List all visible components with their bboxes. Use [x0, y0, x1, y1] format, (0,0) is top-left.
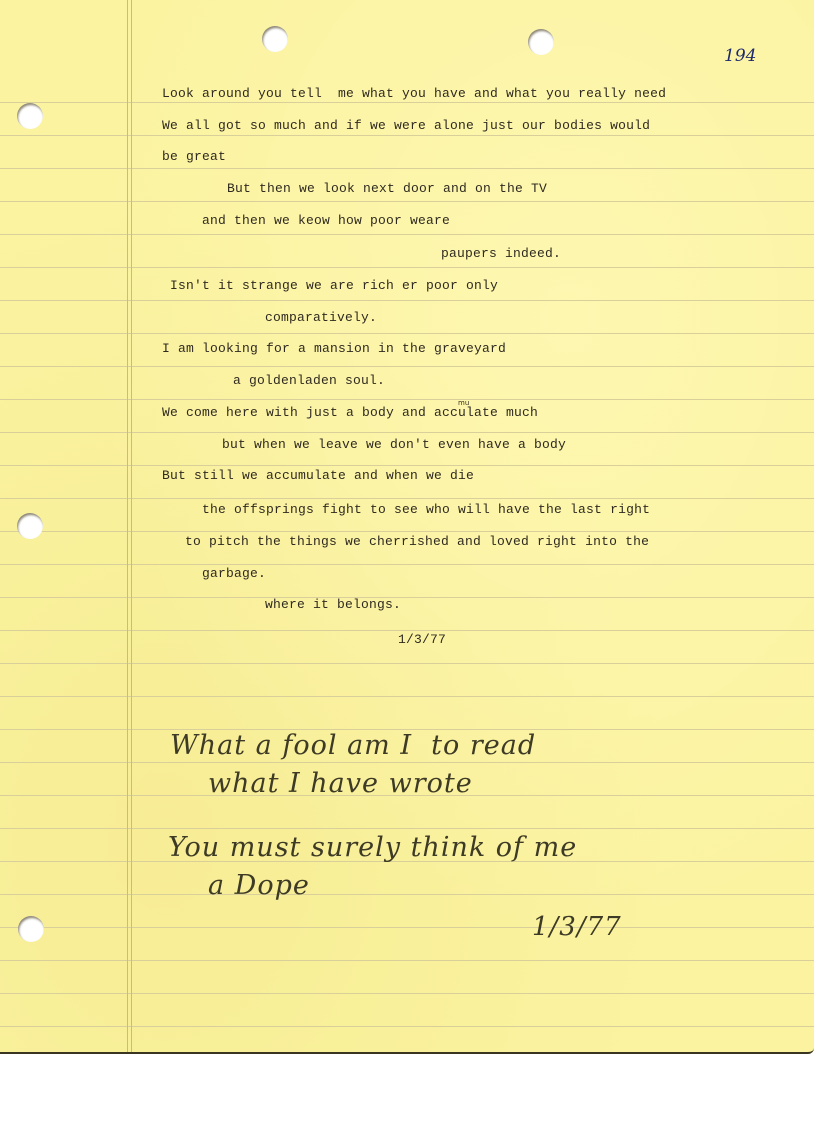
typed-line: a goldenladen soul. — [233, 373, 385, 388]
handwritten-line: What a fool am I to read — [170, 730, 536, 761]
handwritten-line: You must surely think of me — [168, 832, 577, 863]
ruled-line — [0, 465, 814, 466]
ruled-line — [0, 630, 814, 631]
ruled-line — [0, 168, 814, 169]
punch-hole-top-right — [528, 29, 554, 55]
handwritten-date: 1/3/77 — [532, 912, 622, 942]
ruled-line — [0, 531, 814, 532]
typed-line: Look around you tell me what you have an… — [162, 86, 666, 101]
ruled-line — [0, 828, 814, 829]
handwritten-line: a Dope — [208, 870, 310, 901]
ruled-line — [0, 762, 814, 763]
ruled-line — [0, 234, 814, 235]
typed-line: But still we accumulate and when we die — [162, 468, 474, 483]
margin-line-left — [127, 0, 128, 1052]
ruled-line — [0, 333, 814, 334]
ruled-line — [0, 135, 814, 136]
ruled-line — [0, 366, 814, 367]
ruled-line — [0, 960, 814, 961]
typed-line: but when we leave we don't even have a b… — [222, 437, 566, 452]
typed-line: and then we keow how poor weare — [202, 213, 450, 228]
ruled-line — [0, 663, 814, 664]
ruled-line — [0, 300, 814, 301]
typed-line: paupers indeed. — [441, 246, 561, 261]
ruled-line — [0, 201, 814, 202]
ruled-line — [0, 927, 814, 928]
typed-line: We all got so much and if we were alone … — [162, 118, 650, 133]
punch-hole-left-2 — [17, 513, 43, 539]
ruled-line — [0, 993, 814, 994]
ruled-line — [0, 564, 814, 565]
margin-line-right — [131, 0, 132, 1052]
typed-line: Isn't it strange we are rich er poor onl… — [170, 278, 498, 293]
typed-line: garbage. — [202, 566, 266, 581]
typed-line: But then we look next door and on the TV — [227, 181, 547, 196]
typed-line: We come here with just a body and accula… — [162, 405, 538, 420]
typed-line: be great — [162, 149, 226, 164]
typed-line: I am looking for a mansion in the gravey… — [162, 341, 506, 356]
ruled-line — [0, 267, 814, 268]
ruled-line — [0, 696, 814, 697]
page-number: 194 — [724, 46, 756, 66]
legal-pad-page: 194 Look around you tell me what you hav… — [0, 0, 814, 1054]
punch-hole-left-1 — [17, 103, 43, 129]
handwritten-line: what I have wrote — [208, 768, 473, 799]
ruled-line — [0, 102, 814, 103]
ruled-line — [0, 498, 814, 499]
typed-line: comparatively. — [265, 310, 377, 325]
ruled-line — [0, 597, 814, 598]
typed-line: where it belongs. — [265, 597, 401, 612]
punch-hole-left-3 — [18, 916, 44, 942]
typed-line: to pitch the things we cherrished and lo… — [185, 534, 649, 549]
ruled-line — [0, 399, 814, 400]
typed-line: the offsprings fight to see who will hav… — [202, 502, 650, 517]
typed-date: 1/3/77 — [398, 632, 446, 647]
ruled-line — [0, 432, 814, 433]
ruled-line — [0, 894, 814, 895]
handwritten-insertion-mark: mu — [458, 399, 469, 407]
punch-hole-top-left — [262, 26, 288, 52]
ruled-line — [0, 1026, 814, 1027]
